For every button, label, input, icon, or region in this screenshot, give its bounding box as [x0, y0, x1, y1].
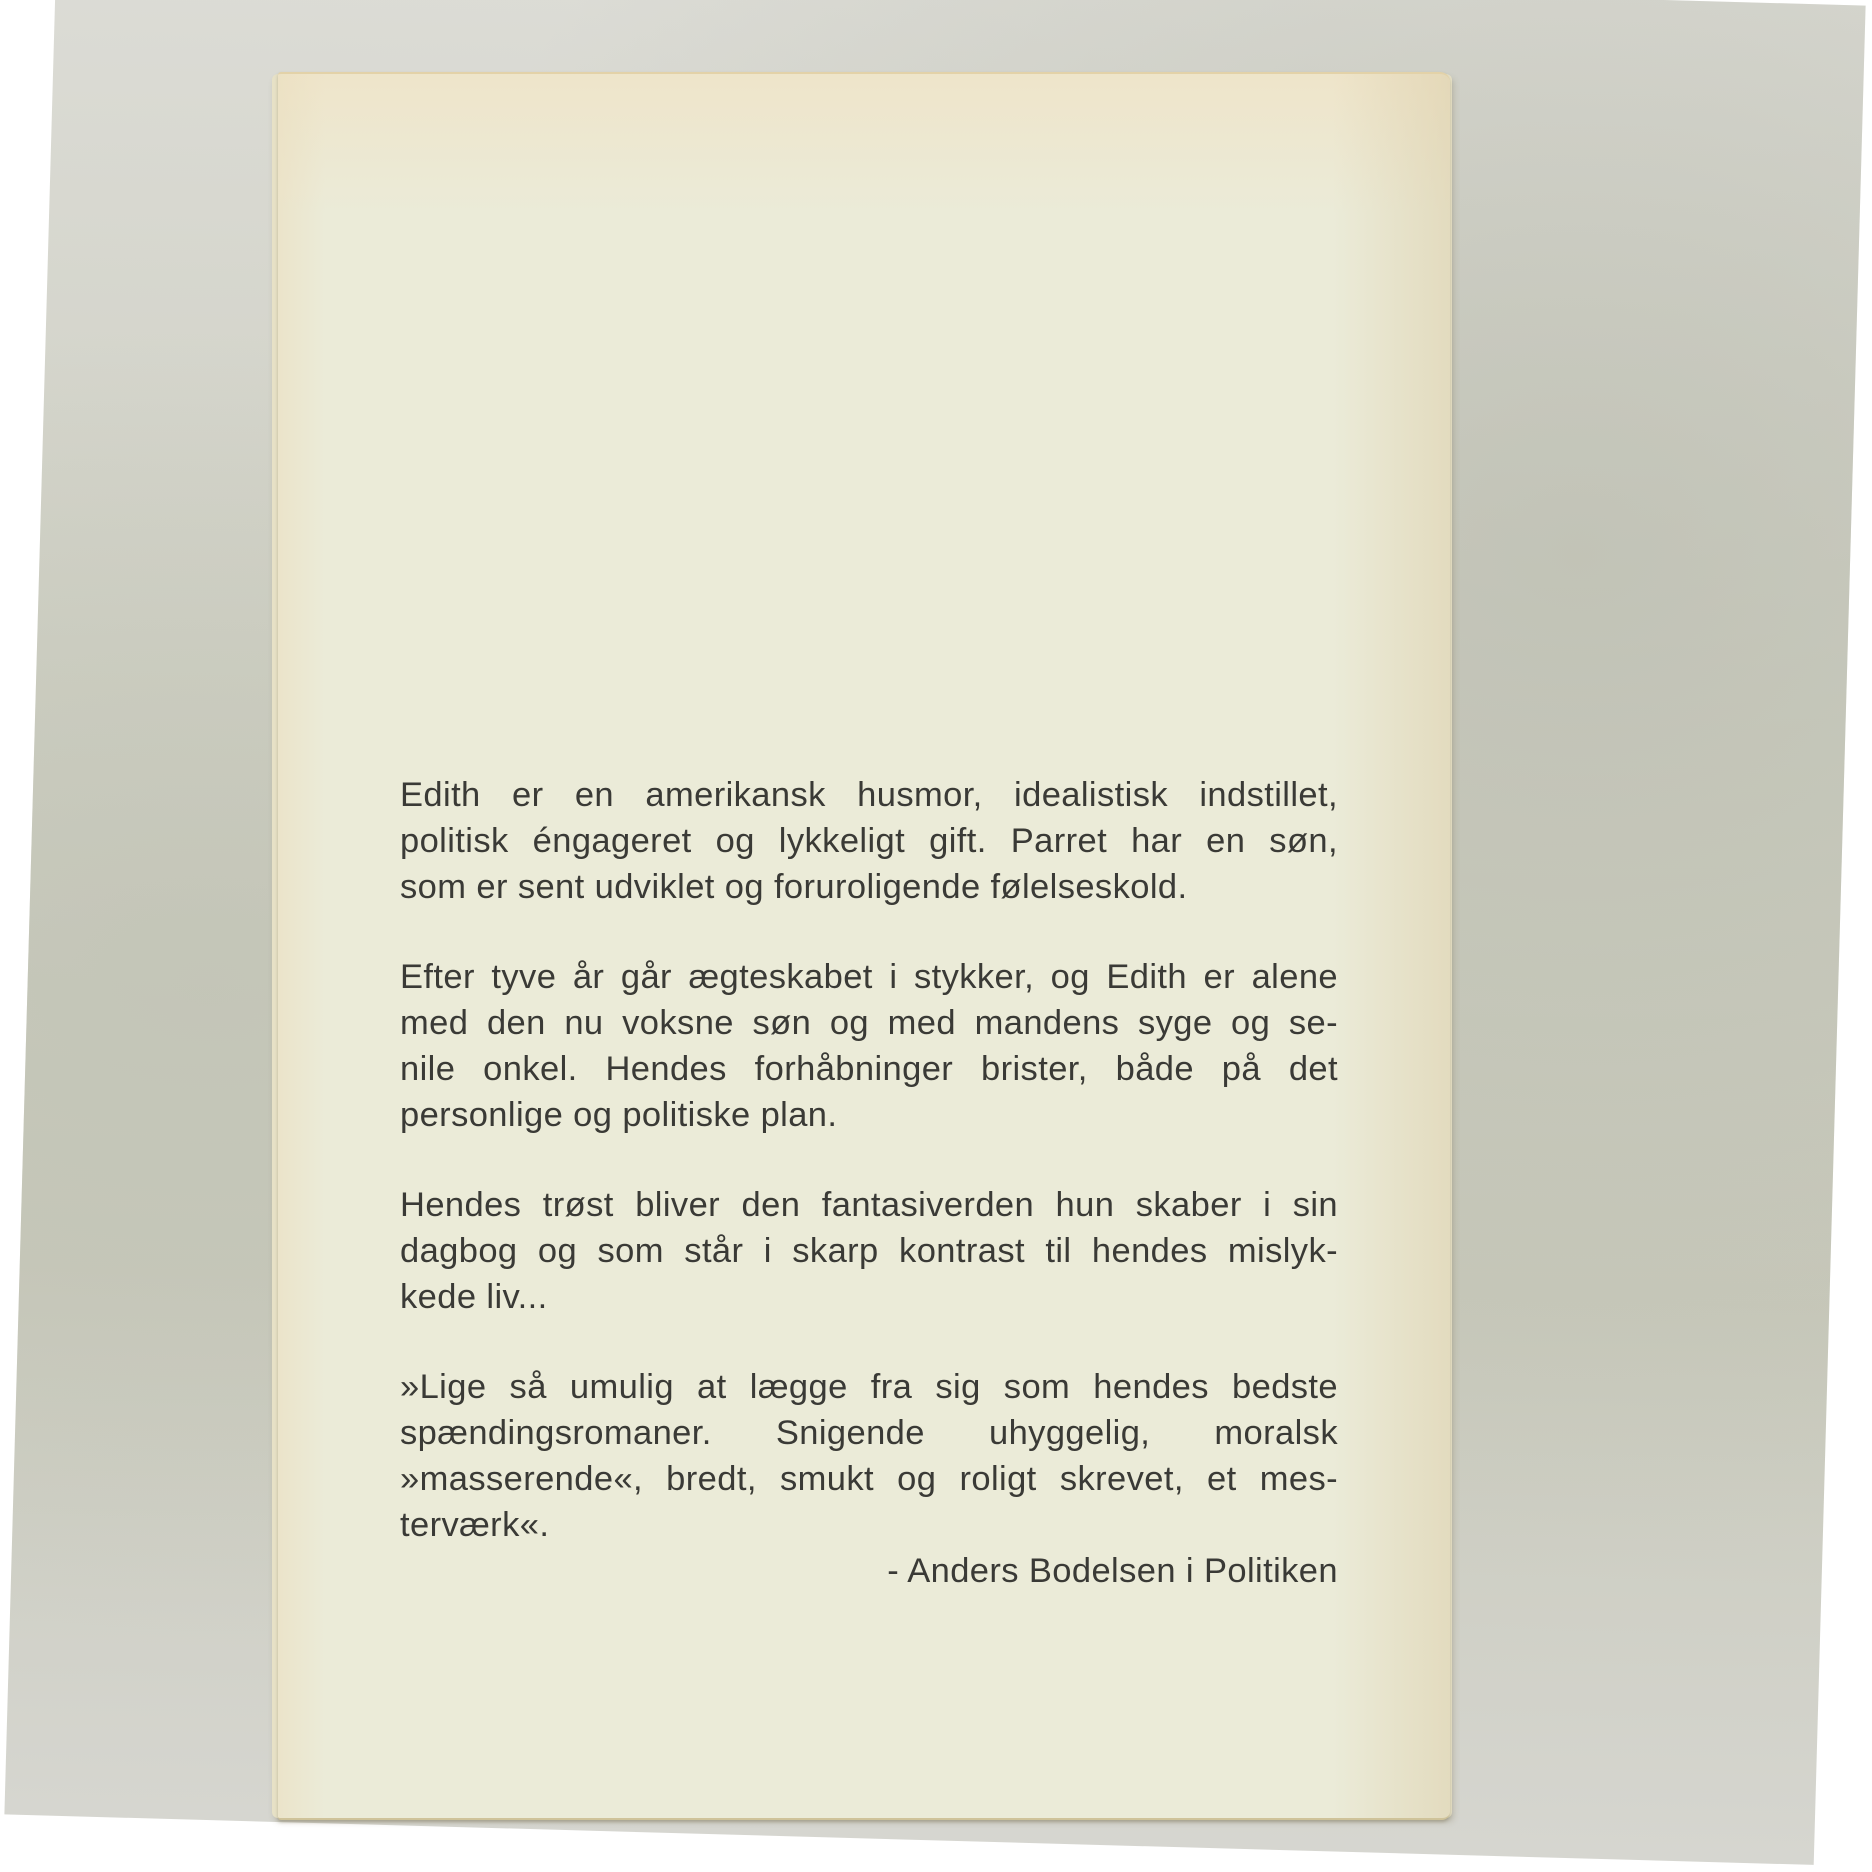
text-line: politisk éngageret og lykkeligt gift. Pa…: [400, 818, 1338, 864]
text-line: kede liv...: [400, 1274, 1338, 1320]
text-line: »Lige så umulig at lægge fra sig som hen…: [400, 1364, 1338, 1410]
blurb-paragraph-3: Hendes trøst bliver den fantasiverden hu…: [400, 1182, 1338, 1320]
text-line: Hendes trøst bliver den fantasiverden hu…: [400, 1182, 1338, 1228]
quote-text: »Lige så umulig at lægge fra sig som hen…: [400, 1364, 1338, 1548]
text-line: som er sent udviklet og foruroligende fø…: [400, 864, 1338, 910]
quote-attribution: - Anders Bodelsen i Politiken: [400, 1548, 1338, 1594]
text-line: Edith er en amerikansk husmor, idealisti…: [400, 772, 1338, 818]
blurb-paragraph-1: Edith er en amerikansk husmor, idealisti…: [400, 772, 1338, 910]
text-line: med den nu voksne søn og med mandens syg…: [400, 1000, 1338, 1046]
text-line: nile onkel. Hendes forhåbninger brister,…: [400, 1046, 1338, 1092]
blurb-paragraph-2: Efter tyve år går ægteskabet i stykker, …: [400, 954, 1338, 1138]
text-line: »masserende«, bredt, smukt og roligt skr…: [400, 1456, 1338, 1502]
review-quote: »Lige så umulig at lægge fra sig som hen…: [400, 1364, 1338, 1594]
text-line: personlige og politiske plan.: [400, 1092, 1338, 1138]
text-line: spændingsromaner. Snigende uhyggelig, mo…: [400, 1410, 1338, 1456]
cover-blurb: Edith er en amerikansk husmor, idealisti…: [400, 772, 1338, 1594]
photo-stage: Edith er en amerikansk husmor, idealisti…: [0, 0, 1872, 1872]
text-line: Efter tyve år går ægteskabet i stykker, …: [400, 954, 1338, 1000]
text-line: terværk«.: [400, 1502, 1338, 1548]
text-line: dagbog og som står i skarp kontrast til …: [400, 1228, 1338, 1274]
